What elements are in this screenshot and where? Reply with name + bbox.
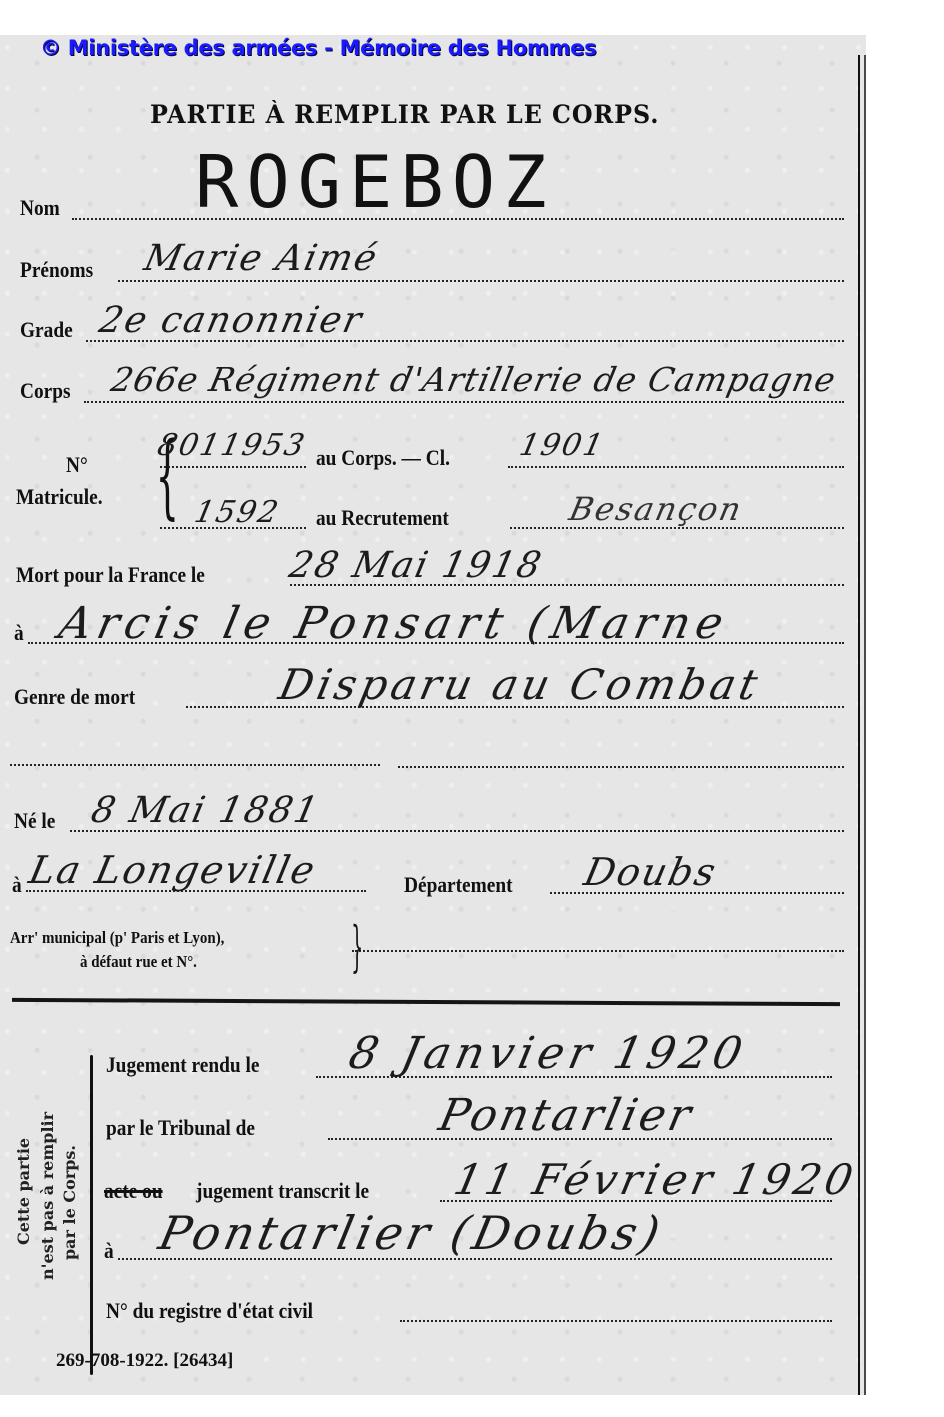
arrondissement-line	[352, 950, 844, 952]
arrondissement-label-line1: Arr' municipal (p' Paris et Lyon),	[10, 928, 224, 948]
tribunal-value: Pontarlier	[435, 1090, 699, 1141]
lieu-mort-value: Arcis le Ponsart (Marne	[55, 598, 734, 649]
blank-line-left	[10, 764, 380, 766]
prenoms-label: Prénoms	[20, 257, 93, 283]
print-reference: 269-708-1922. [26434]	[56, 1350, 233, 1372]
border-line	[858, 55, 860, 1395]
arrondissement-label-line2: à défaut rue et N°.	[80, 952, 197, 972]
registre-line	[400, 1320, 832, 1322]
matricule-no-label: N°	[66, 452, 88, 478]
prenoms-value: Marie Aimé	[141, 238, 382, 279]
side-note-line2: n'est pas à remplir	[38, 1112, 57, 1280]
lieu-naissance-value: La Longeville	[25, 848, 320, 892]
au-recrutement-label: au Recrutement	[316, 505, 449, 531]
nom-label: Nom	[20, 195, 60, 221]
jugement-lieu-value: Pontarlier (Doubs)	[154, 1206, 668, 1260]
lieu-mort-label: à	[14, 620, 24, 646]
blank-line-right	[398, 766, 844, 768]
side-note-line1: Cette partie	[14, 1138, 33, 1245]
arrondissement-brace: }	[351, 920, 363, 974]
classe-value: 1901	[516, 428, 608, 463]
departement-value: Doubs	[580, 850, 721, 894]
grade-value: 2e canonnier	[96, 300, 367, 341]
transcrit-value: 11 Février 1920	[450, 1155, 861, 1204]
transcrit-label: jugement transcrit le	[196, 1178, 369, 1204]
au-corps-label: au Corps. — Cl.	[316, 445, 450, 471]
mort-value: 28 Mai 1918	[286, 545, 547, 586]
classe-line	[508, 466, 844, 468]
side-note-brace	[90, 1055, 93, 1375]
prenoms-line	[118, 280, 844, 282]
copyright-watermark: © Ministère des armées - Mémoire des Hom…	[40, 36, 596, 60]
genre-mort-label: Genre de mort	[14, 684, 135, 710]
naissance-label: Né le	[14, 808, 55, 834]
genre-mort-value: Disparu au Combat	[275, 660, 766, 709]
naissance-value: 8 Mai 1881	[88, 790, 324, 831]
transcrit-label-struck: acte ou	[104, 1178, 163, 1204]
tribunal-label: par le Tribunal de	[106, 1115, 255, 1141]
recrutement-number-line	[160, 527, 306, 529]
matricule-corps-number: 8011953	[154, 428, 309, 463]
jugement-rendu-value: 8 Janvier 1920	[345, 1028, 752, 1079]
recrutement-lieu-line	[510, 527, 844, 529]
side-note-line3: par le Corps.	[60, 1145, 79, 1260]
matricule-label: Matricule.	[16, 484, 103, 510]
form-heading: PARTIE À REMPLIR PAR LE CORPS.	[150, 100, 659, 129]
corps-value: 266e Régiment d'Artillerie de Campagne	[108, 360, 840, 399]
registre-label: N° du registre d'état civil	[106, 1298, 313, 1324]
jugement-rendu-label: Jugement rendu le	[106, 1052, 259, 1078]
lieu-naissance-label: à	[12, 872, 22, 898]
recrutement-number: 1592	[191, 495, 283, 530]
corps-label: Corps	[20, 378, 71, 404]
matricule-corps-line	[160, 466, 306, 468]
jugement-lieu-label: à	[104, 1238, 114, 1264]
nom-value: ROGEBOZ	[195, 140, 554, 224]
departement-label: Département	[404, 872, 513, 898]
corps-line	[84, 401, 844, 403]
mort-label: Mort pour la France le	[16, 562, 205, 588]
grade-label: Grade	[20, 317, 73, 343]
border-line	[864, 55, 866, 1395]
recrutement-lieu: Besançon	[566, 490, 746, 528]
